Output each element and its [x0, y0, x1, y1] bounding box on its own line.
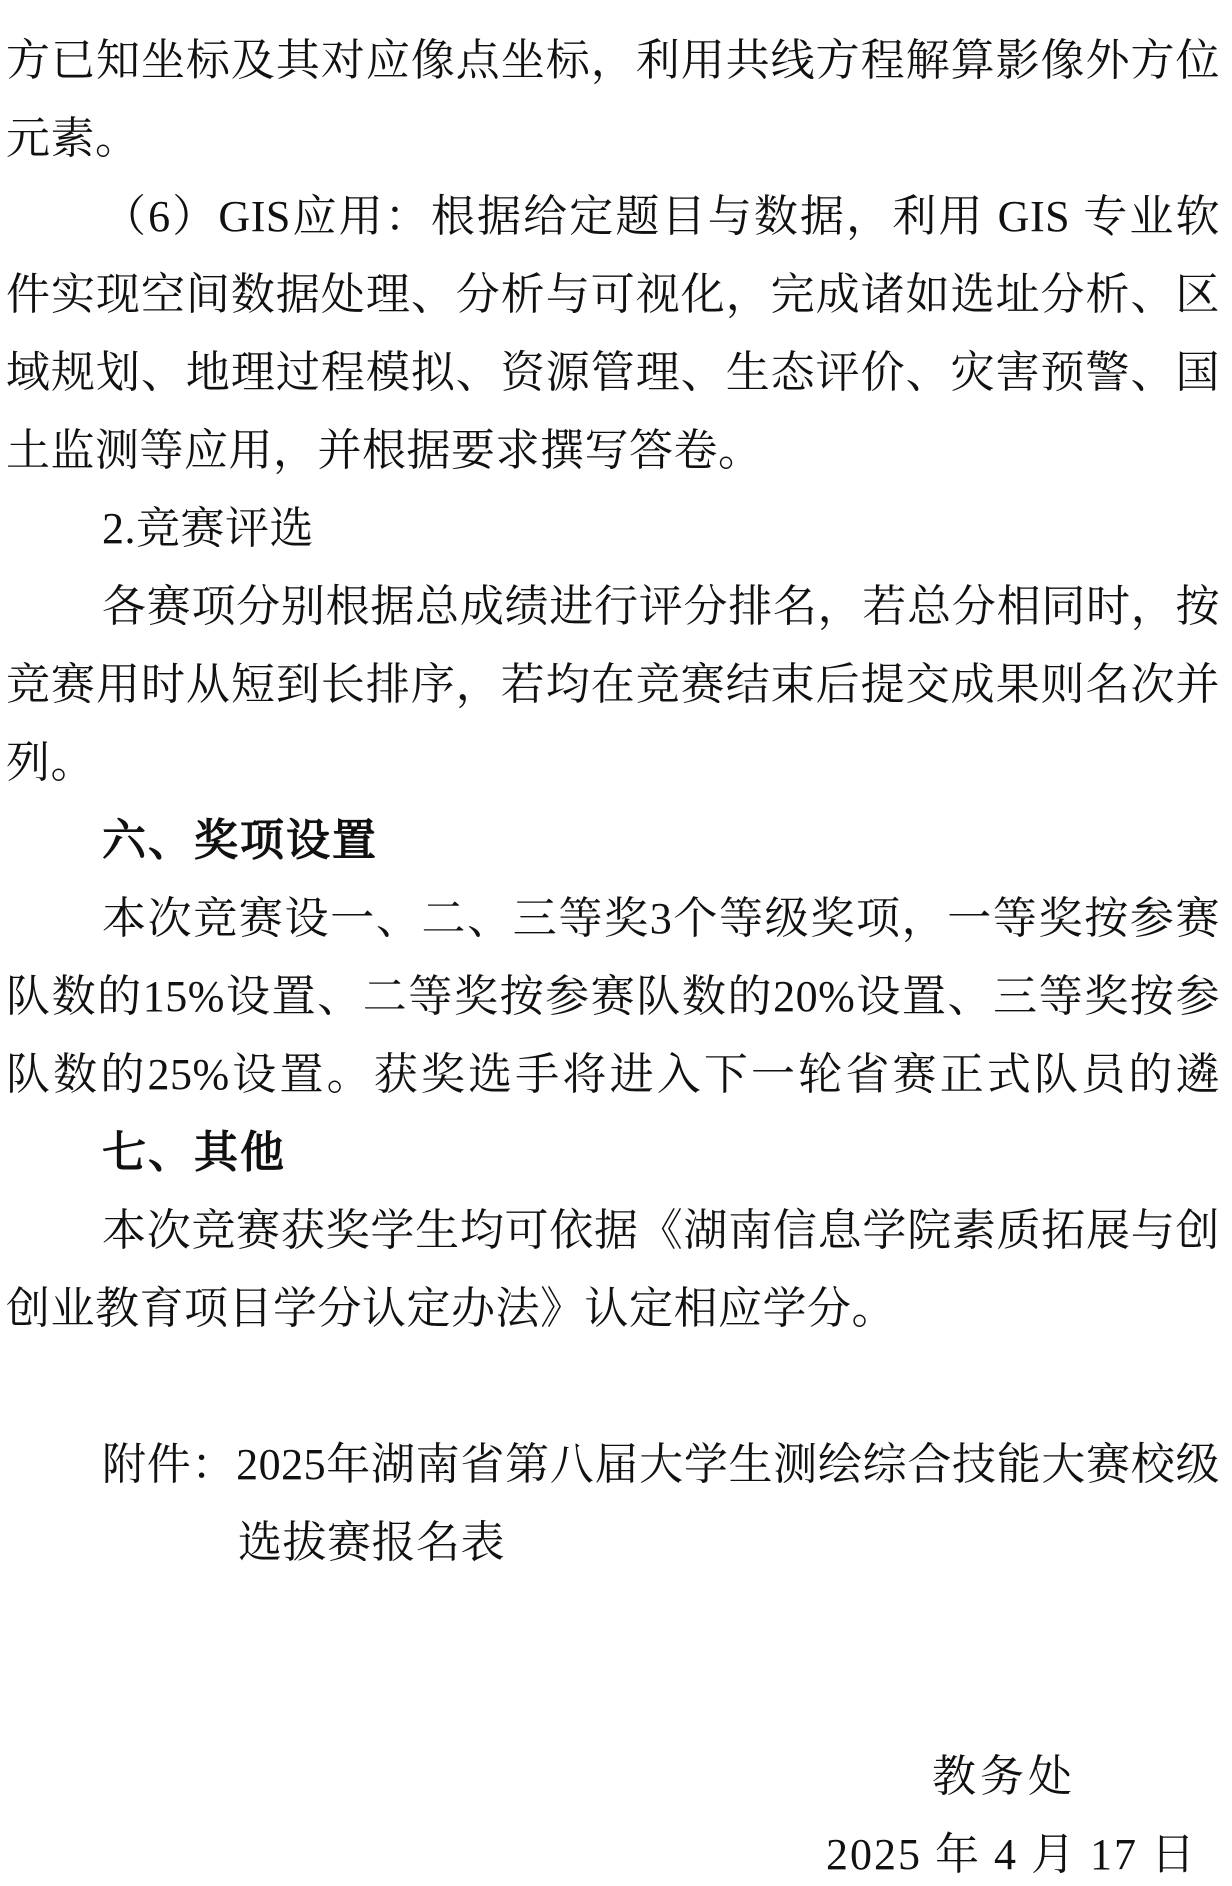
body-line: 竞赛用时从短到长排序，若均在竞赛结束后提交成果则名次并 [6, 646, 1220, 724]
body-line: 队数的25%设置。获奖选手将进入下一轮省赛正式队员的遴选。 [6, 1036, 1220, 1114]
attachment-line: 附件：2025年湖南省第八届大学生测绘综合技能大赛校级 [6, 1426, 1220, 1504]
section-heading-other: 七、其他 [6, 1114, 1220, 1192]
body-line: 方已知坐标及其对应像点坐标，利用共线方程解算影像外方位 [6, 22, 1220, 100]
body-line: 本次竞赛获奖学生均可依据《湖南信息学院素质拓展与创新 [6, 1192, 1220, 1270]
issue-date: 2025 年 4 月 17 日 [6, 1816, 1220, 1886]
issuer-signature: 教务处 [6, 1738, 1220, 1816]
section-heading-awards: 六、奖项设置 [6, 802, 1220, 880]
body-line: 本次竞赛设一、二、三等奖3个等级奖项，一等奖按参赛 [6, 880, 1220, 958]
body-line: 域规划、地理过程模拟、资源管理、生态评价、灾害预警、国 [6, 334, 1220, 412]
body-line: 元素。 [6, 100, 1220, 178]
attachment-line: 选拔赛报名表 [6, 1504, 1220, 1582]
body-line: 各赛项分别根据总成绩进行评分排名，若总分相同时，按 [6, 568, 1220, 646]
body-line: 土监测等应用，并根据要求撰写答卷。 [6, 412, 1220, 490]
body-line: 件实现空间数据处理、分析与可视化，完成诸如选址分析、区 [6, 256, 1220, 334]
document-body: 方已知坐标及其对应像点坐标，利用共线方程解算影像外方位 元素。 （6）GIS应用… [0, 0, 1232, 1886]
body-line: 创业教育项目学分认定办法》认定相应学分。 [6, 1270, 1220, 1348]
body-line: （6）GIS应用：根据给定题目与数据，利用 GIS 专业软 [6, 178, 1220, 256]
body-line: 队数的15%设置、二等奖按参赛队数的20%设置、三等奖按参赛 [6, 958, 1220, 1036]
subsection-title: 2.竞赛评选 [6, 490, 1220, 568]
document-page: 方已知坐标及其对应像点坐标，利用共线方程解算影像外方位 元素。 （6）GIS应用… [0, 0, 1232, 1886]
body-line: 列。 [6, 724, 1220, 802]
